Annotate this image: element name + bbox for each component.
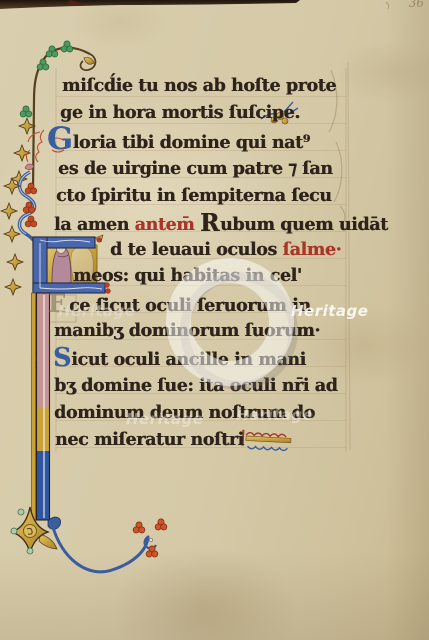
text-segment-ink: ubum quem uidāt: [220, 214, 388, 235]
text-segment-rubric: ſalme·: [282, 239, 341, 260]
text-segment-initial-faded: E: [48, 289, 66, 318]
manuscript-line-11: Sicut oculi ancille in mani: [53, 346, 306, 371]
manuscript-line-6: la amen antem̄ Rubum quem uidāt: [54, 211, 388, 236]
manuscript-line-10: manibʒ dominorum ſuorum·: [54, 320, 320, 342]
text-segment-ink: d te leuaui oculos: [110, 239, 282, 260]
text-segment-ink: meos: qui habitas in cel': [73, 265, 302, 286]
text-segment-ink: ge in hora mortis ſuſcipe.: [60, 102, 300, 123]
manuscript-line-8: meos: qui habitas in cel': [73, 265, 302, 287]
text-segment-ink: loria tibi domine qui nat⁹: [73, 132, 310, 153]
manuscript-line-14: nec miſeratur noſtri: [55, 429, 244, 451]
folio-number: 36: [409, 0, 424, 10]
text-block: miſcd́ie tu nos ab hoſte protege in hora…: [0, 0, 429, 640]
manuscript-photo: miſcd́ie tu nos ab hoſte protege in hora…: [0, 0, 429, 640]
text-segment-initial-ink: R: [200, 208, 219, 237]
text-segment-ink: icut oculi ancille in mani: [71, 349, 306, 370]
manuscript-line-7: d te leuaui oculos ſalme·: [110, 239, 341, 261]
manuscript-line-13: dominum deum noſtrum do: [54, 402, 315, 424]
text-segment-initial-blue: G: [47, 121, 72, 157]
manuscript-line-3: Gloria tibi domine qui nat⁹: [47, 127, 310, 154]
manuscript-line-2: ge in hora mortis ſuſcipe.: [60, 102, 300, 124]
text-segment-ink: nec miſeratur noſtri: [55, 429, 244, 450]
text-segment-ink: miſcd́ie tu nos ab hoſte prote: [62, 75, 336, 96]
text-segment-ink: cto ſpiritu in ſempiterna ſecu: [56, 185, 332, 206]
text-segment-ink: ce ſicut oculi ſeruorum in: [69, 295, 311, 316]
text-segment-ink: es de uirgine cum patre ⁊ ſan: [58, 158, 333, 179]
text-segment-initial-blue-small: S: [53, 343, 70, 373]
manuscript-line-5: cto ſpiritu in ſempiterna ſecu: [56, 185, 332, 207]
manuscript-line-4: es de uirgine cum patre ⁊ ſan: [58, 158, 333, 180]
manuscript-line-9: Ece ſicut oculi ſeruorum in: [48, 292, 311, 317]
manuscript-line-12: bʒ domine ſue: ita oculi nr̄i ad: [54, 375, 337, 397]
text-segment-rubric: antem̄: [135, 214, 200, 235]
text-segment-ink: dominum deum noſtrum do: [54, 402, 315, 423]
manuscript-line-1: miſcd́ie tu nos ab hoſte prote: [62, 75, 336, 97]
text-segment-ink: bʒ domine ſue: ita oculi nr̄i ad: [54, 375, 337, 396]
text-segment-ink: la amen: [54, 214, 135, 235]
text-segment-ink: manibʒ dominorum ſuorum·: [54, 320, 320, 341]
